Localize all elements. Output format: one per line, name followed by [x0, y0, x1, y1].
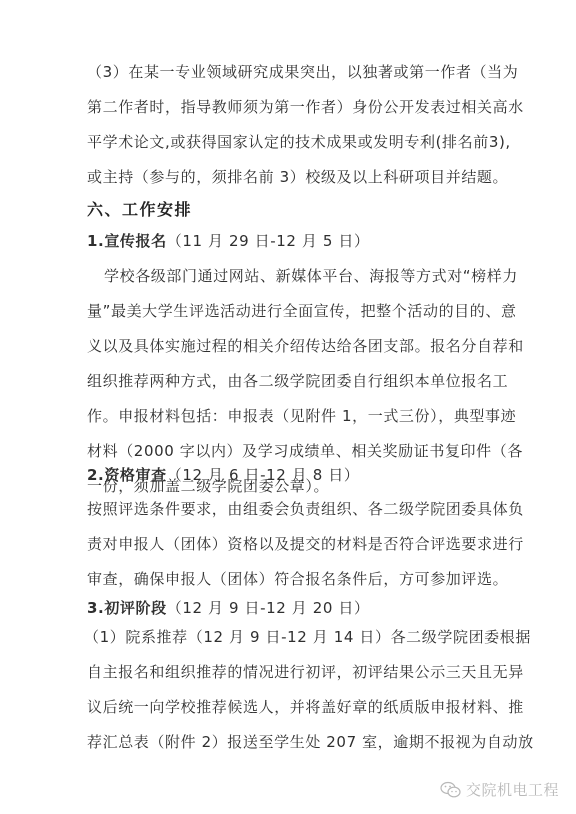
paragraph-line: 组织推荐两种方式，由各二级学院团委自行组织本单位报名工 — [87, 371, 507, 391]
paragraph-line: 作。申报材料包括：申报表（见附件 1，一式三份），典型事迹 — [87, 406, 507, 426]
section-heading: 六、工作安排 — [87, 200, 192, 220]
item1-title: 1.宣传报名 — [87, 232, 167, 250]
paragraph-line: （1）院系推荐（12 月 9 日-12 月 14 日）各二级学院团委根据 — [84, 627, 504, 647]
paragraph-line: 审查，确保申报人（团体）符合报名条件后，方可参加评选。 — [87, 569, 507, 589]
paragraph-line: 议后统一向学校推荐候选人，并将盖好章的纸质版申报材料、推 — [87, 697, 507, 717]
item2-title: 2.资格审查 — [87, 466, 167, 484]
paragraph-line: （3）在某一专业领域研究成果突出，以独著或第一作者（当为 — [87, 62, 507, 82]
paragraph-line: 材料（2000 字以内）及学习成绩单、相关奖励证书复印件（各 — [87, 441, 507, 461]
paragraph-line: 按照评选条件要求，由组委会负责组织、各二级学院团委具体负 — [87, 499, 507, 519]
item-title: 1.宣传报名（11 月 29 日-12 月 5 日） — [87, 231, 507, 251]
document-page: （3）在某一专业领域研究成果突出，以独著或第一作者（当为 第二作者时，指导教师须… — [0, 0, 576, 814]
paragraph-line: 义以及具体实施过程的相关介绍传达给各团支部。报名分自荐和 — [87, 336, 507, 356]
wechat-icon — [440, 781, 462, 799]
paragraph-line: 第二作者时，指导教师须为第一作者）身份公开发表过相关高水 — [87, 97, 507, 117]
paragraph-line: 或主持（参与的，须排名前 3）校级及以上科研项目并结题。 — [87, 167, 507, 187]
paragraph-line: 责对申报人（团体）资格以及提交的材料是否符合评选要求进行 — [87, 534, 507, 554]
item3-dates: （12 月 9 日-12 月 20 日） — [167, 599, 370, 617]
watermark-text: 交院机电工程 — [466, 779, 559, 800]
item2-dates: （12 月 6 日-12 月 8 日） — [167, 466, 360, 484]
paragraph-line: 自主报名和组织推荐的情况进行初评，初评结果公示三天且无异 — [87, 662, 507, 682]
watermark: 交院机电工程 — [440, 779, 559, 800]
item3-title: 3.初评阶段 — [87, 599, 167, 617]
paragraph-line: 学校各级部门通过网站、新媒体平台、海报等方式对“榜样力 — [104, 266, 524, 286]
paragraph-line: 荐汇总表（附件 2）报送至学生处 207 室，逾期不报视为自动放 — [87, 732, 507, 752]
item2-title-line: 2.资格审查（12 月 6 日-12 月 8 日） — [87, 465, 507, 485]
item3-title-line: 3.初评阶段（12 月 9 日-12 月 20 日） — [87, 598, 507, 618]
item1-dates: （11 月 29 日-12 月 5 日） — [167, 232, 370, 250]
paragraph-line: 平学术论文,或获得国家认定的技术成果或发明专利(排名前3), — [87, 132, 507, 152]
paragraph-line: 量”最美大学生评选活动进行全面宣传，把整个活动的目的、意 — [87, 301, 507, 321]
